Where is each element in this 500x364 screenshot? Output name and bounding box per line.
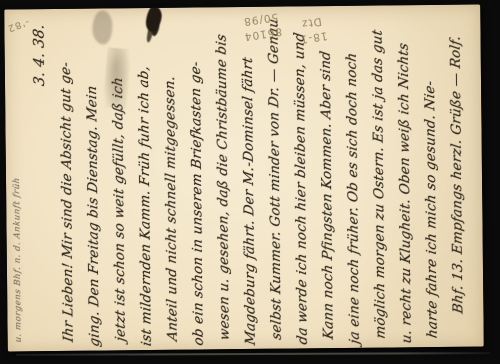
postcard-photo: u. morgens Bhf. n. d. Ankunft früh 3. 4.… [0,0,500,364]
handwriting-line: da werde ich noch hier bleiben müssen, u… [286,9,316,349]
handwriting-line: selbst Kummer. Gott minder von Dr. — Gen… [260,10,290,350]
handwriting-line: Ihr Lieben! Mir sind die Absicht gut ge- [52,12,82,352]
signature-line: Bhf. 13. Empfangs herzl. Grüße — Rolf. [442,8,472,348]
handwriting-line: wesen u. gesehen, daß die Christbäume bi… [208,10,238,350]
handwriting-line: ob ein schon in unserem Briefkasten ge- [182,11,212,351]
handwriting-line: ging. Den Freitag bis Dienstag. Mein [78,12,108,352]
margin-note-line: u. morgens Bhf. n. d. Ankunft früh [5,129,29,351]
handwritten-message: u. morgens Bhf. n. d. Ankunft früh 3. 4.… [4,10,475,351]
table-edge-line [16,352,490,356]
pencil-note-code: 18-1 Dtz [296,12,328,46]
handwriting-line: u. recht zu Klugheit. Oben weiß ich Nich… [390,8,420,348]
handwriting-line: ja eine noch früher. Ob es sich doch noc… [338,9,368,349]
handwriting-line: Kann noch Pfingsten Kommen. Aber sind [312,9,342,349]
handwriting-line: harte fahre ich mich so gesund. Nie- [416,31,445,348]
handwriting-line: Anteil und nicht schnell mitgegessen. [156,11,186,351]
date-line: 3. 4. 38. [26,12,56,351]
handwriting-line: Magdeburg fährt. Der M.-Dominsel fährt [234,10,264,350]
handwriting-line: ist mildernden Kamm. Früh fuhr ich ab, [130,11,160,351]
postcard: u. morgens Bhf. n. d. Ankunft früh 3. 4.… [4,5,484,352]
pencil-note-number: 86104 50/98 [240,8,282,43]
handwriting-line: möglich morgen zu Ostern. Es ist ja das … [364,9,394,349]
ink-smudge [92,10,112,44]
